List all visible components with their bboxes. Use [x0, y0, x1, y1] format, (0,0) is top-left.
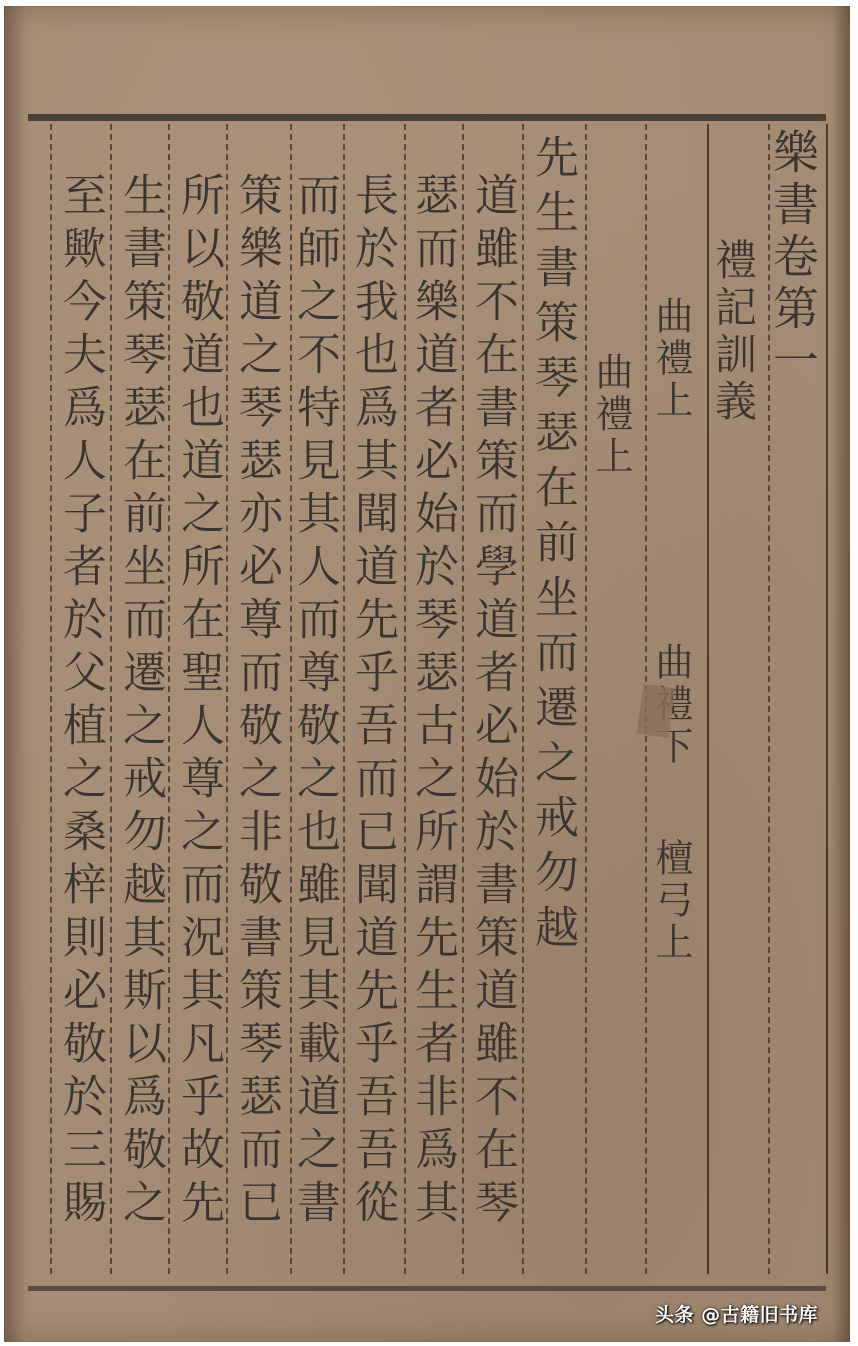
- text-column-6: 策樂道之琴瑟亦必尊而敬之非敬書策琴瑟而已: [234, 172, 278, 1232]
- column-rule: [110, 124, 112, 1274]
- section-heading: 曲禮上: [592, 352, 630, 478]
- column-rule: [404, 124, 406, 1274]
- column-rule: [585, 124, 587, 1274]
- text-column-5: 而師之不特見其人而尊敬之也雖見其載道之書: [292, 172, 336, 1232]
- book-section-title: 禮記訓義: [712, 238, 754, 426]
- column-rule: [343, 124, 345, 1274]
- page-spine-shadow: [4, 6, 26, 1342]
- text-column-8: 生書策琴瑟在前坐而遷之戒勿越其斯以爲敬之: [118, 172, 162, 1232]
- column-rule: [826, 124, 828, 1274]
- toc-entry-3: 檀弓上: [652, 838, 690, 964]
- volume-title: 樂書卷第一: [770, 128, 816, 388]
- column-rule: [462, 124, 464, 1274]
- column-rule: [226, 124, 228, 1274]
- text-column-4: 長於我也爲其聞道先乎吾而已聞道先乎吾吾從: [350, 172, 394, 1232]
- source-watermark: 头条 @古籍旧书库: [655, 1300, 818, 1327]
- column-rule: [522, 124, 524, 1274]
- text-column-1: 先生書策琴瑟在前坐而遷之戒勿越: [530, 134, 574, 959]
- text-column-3: 瑟而樂道者必始於琴瑟古之所謂先生者非爲其: [410, 172, 454, 1232]
- page-edge-shadow: [832, 6, 850, 1342]
- column-rule: [168, 124, 170, 1274]
- text-column-2: 道雖不在書策而學道者必始於書策道雖不在琴: [470, 172, 514, 1232]
- text-column-7: 所以敬道也道之所在聖人尊之而況其凡乎故先: [176, 172, 220, 1232]
- text-column-9: 至歟今夫爲人子者於父植之桑梓則必敬於三賜: [58, 172, 102, 1232]
- toc-entry-1: 曲禮上: [652, 296, 690, 422]
- column-rule: [50, 124, 52, 1274]
